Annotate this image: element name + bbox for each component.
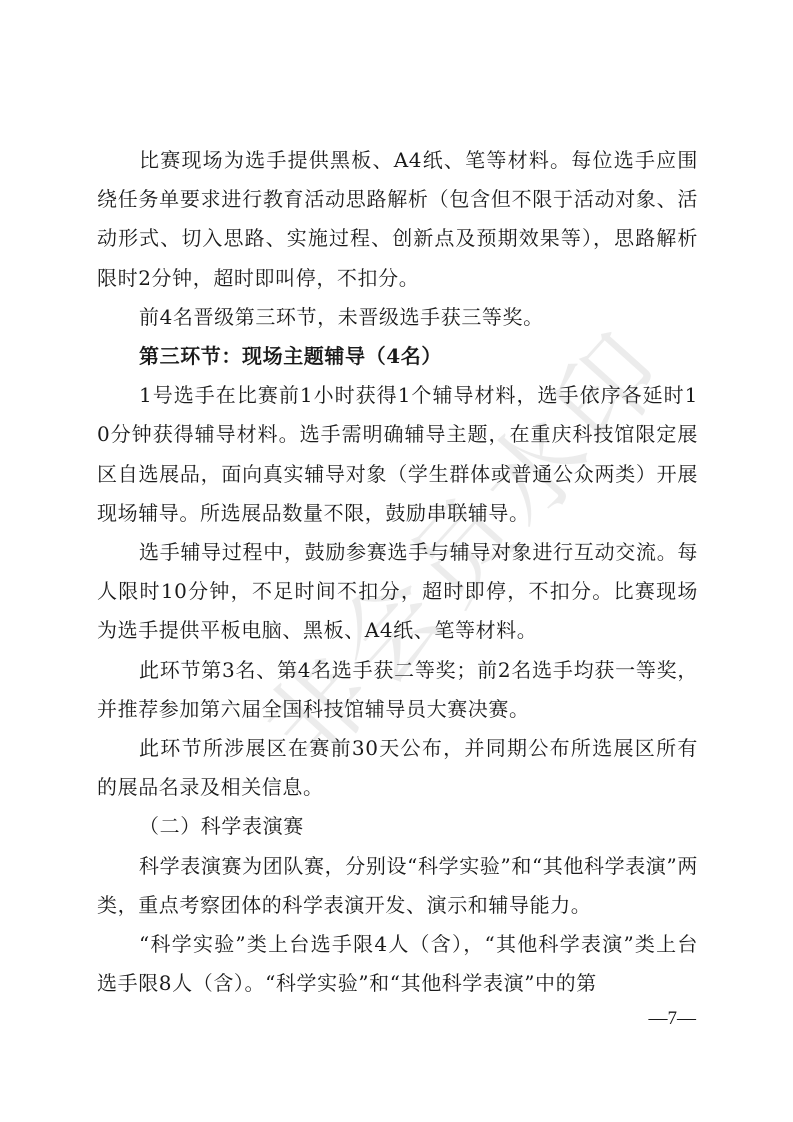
paragraph-stage-three-awards: 此环节第3名、第4名选手获二等奖；前2名选手均获一等奖，并推荐参加第六届全国科技… <box>97 651 698 729</box>
paragraph-science-performance-intro: 科学表演赛为团队赛，分别设“科学实验”和“其他科学表演”两类，重点考察团体的科学… <box>97 847 698 925</box>
paragraph-advance-rule: 前4名晋级第三环节，未晋级选手获三等奖。 <box>97 298 698 337</box>
section-heading-science-performance: （二）科学表演赛 <box>97 807 698 846</box>
paragraph-team-size: “科学实验”类上台选手限4人（含），“其他科学表演”类上台选手限8人（含）。“科… <box>97 925 698 1003</box>
page-number: —7— <box>649 1008 697 1030</box>
heading-stage-three: 第三环节：现场主题辅导（4名） <box>97 337 698 376</box>
paragraph-materials: 比赛现场为选手提供黑板、A4纸、笔等材料。每位选手应围绕任务单要求进行教育活动思… <box>97 141 698 298</box>
paragraph-stage-three-interaction: 选手辅导过程中，鼓励参赛选手与辅导对象进行互动交流。每人限时10分钟，不足时间不… <box>97 533 698 651</box>
document-page: 非会员水印 比赛现场为选手提供黑板、A4纸、笔等材料。每位选手应围绕任务单要求进… <box>0 0 793 1122</box>
paragraph-stage-three-process: 1号选手在比赛前1小时获得1个辅导材料，选手依序各延时10分钟获得辅导材料。选手… <box>97 376 698 533</box>
page-content: 比赛现场为选手提供黑板、A4纸、笔等材料。每位选手应围绕任务单要求进行教育活动思… <box>97 141 698 1003</box>
paragraph-exhibit-announcement: 此环节所涉展区在赛前30天公布，并同期公布所选展区所有的展品名录及相关信息。 <box>97 729 698 807</box>
